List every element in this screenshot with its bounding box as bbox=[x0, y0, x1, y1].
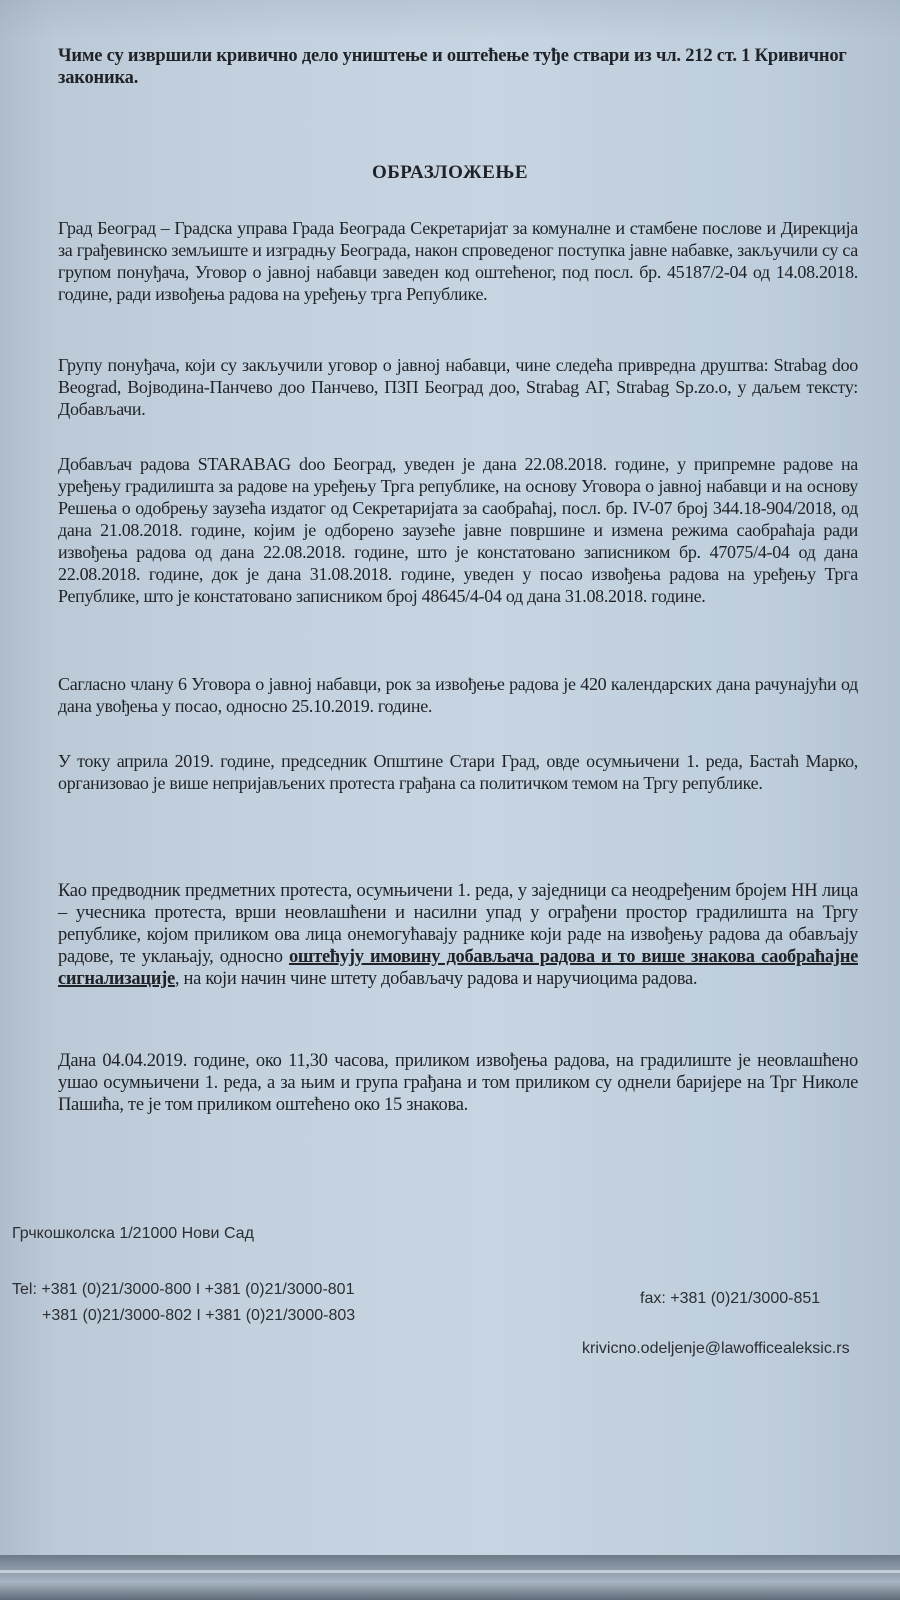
footer-email: krivicno.odeljenje@lawofficealeksic.rs bbox=[582, 1340, 850, 1358]
footer-phones: Tel: +381 (0)21/3000-800 I +381 (0)21/30… bbox=[12, 1277, 355, 1329]
page-stack-edge bbox=[0, 1555, 900, 1600]
paragraph-text: Групу понуђача, који су закључили уговор… bbox=[58, 354, 858, 420]
paragraph-text: Сагласно члану 6 Уговора о јавној набавц… bbox=[58, 673, 858, 717]
paragraph-contractor: Добављач радова STARABAG doo Београд, ув… bbox=[58, 453, 858, 607]
paragraph-text: Као предводник предметних протеста, осум… bbox=[58, 880, 858, 990]
phone-line-2: +381 (0)21/3000-802 I +381 (0)21/3000-80… bbox=[12, 1303, 355, 1329]
paragraph-text: У току априла 2019. године, председник О… bbox=[58, 750, 858, 794]
paragraph-leader: Као предводник предметних протеста, осум… bbox=[58, 880, 858, 990]
footer-fax: fax: +381 (0)21/3000-851 bbox=[640, 1290, 820, 1308]
bleed-through-shadow bbox=[0, 0, 900, 40]
document-title: ОБРАЗЛОЖЕЊЕ bbox=[0, 162, 900, 184]
paragraph-text: Дана 04.04.2019. године, око 11,30 часов… bbox=[58, 1050, 858, 1116]
paragraph-text: Град Београд – Градска управа Града Беог… bbox=[58, 217, 858, 305]
footer-address: Грчкошколска 1/21000 Нови Сад bbox=[12, 1225, 254, 1243]
phone-line-1: Tel: +381 (0)21/3000-800 I +381 (0)21/30… bbox=[12, 1277, 355, 1303]
paragraph-contract: Град Београд – Градска управа Града Беог… bbox=[58, 217, 858, 305]
paragraph-deadline: Сагласно члану 6 Уговора о јавној набавц… bbox=[58, 673, 858, 717]
intro-statement: Чиме су извршили кривично дело уништење … bbox=[58, 45, 858, 89]
document-page: Чиме су извршили кривично дело уништење … bbox=[0, 0, 900, 1560]
paragraph-text: Добављач радова STARABAG doo Београд, ув… bbox=[58, 453, 858, 607]
paragraph-bidders: Групу понуђача, који су закључили уговор… bbox=[58, 354, 858, 420]
page-edge-highlight bbox=[0, 1570, 900, 1573]
paragraph-protests: У току априла 2019. године, председник О… bbox=[58, 750, 858, 794]
paragraph-incident: Дана 04.04.2019. године, око 11,30 часов… bbox=[58, 1050, 858, 1116]
paragraph-text-after: , на који начин чине штету добављачу рад… bbox=[175, 969, 697, 989]
